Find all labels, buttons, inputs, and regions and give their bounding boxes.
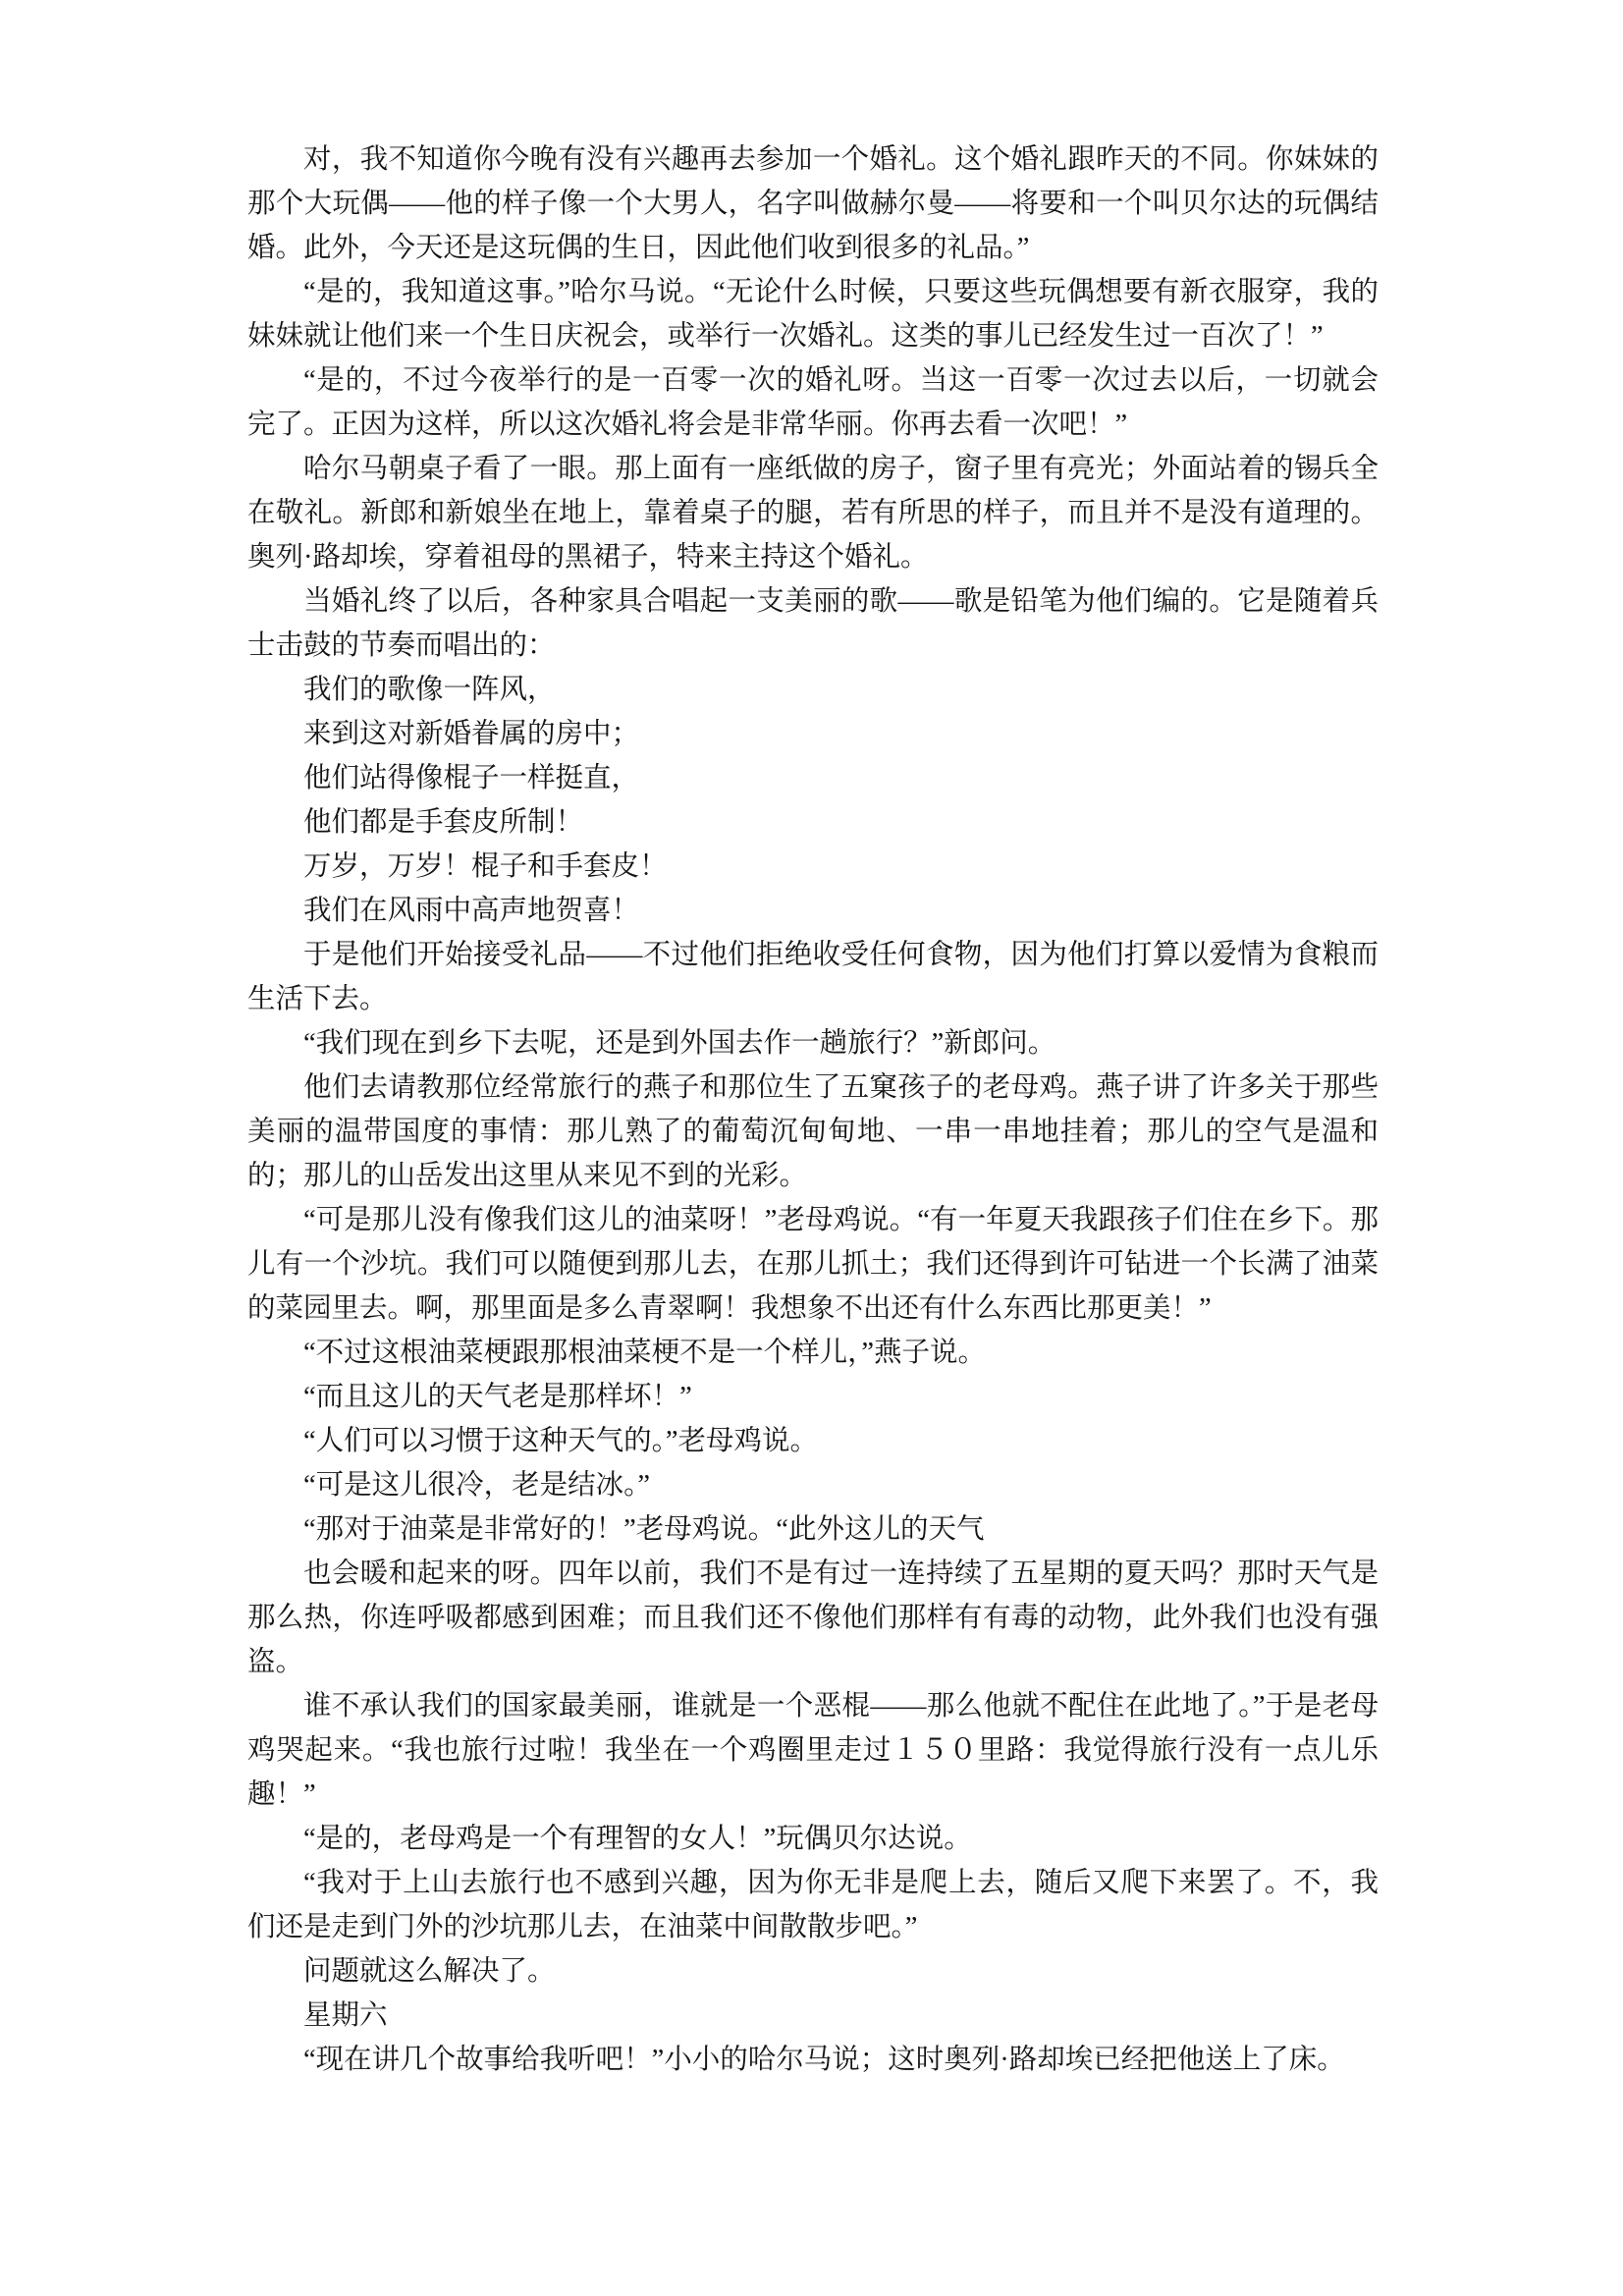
story-paragraph: 哈尔马朝桌子看了一眼。那上面有一座纸做的房子，窗子里有亮光；外面站着的锡兵全在敬… [247,447,1379,579]
story-paragraph: “而且这儿的天气老是那样坏！” [247,1375,1379,1419]
story-paragraph: 当婚礼终了以后，各种家具合唱起一支美丽的歌——歌是铅笔为他们编的。它是随着兵士击… [247,579,1379,668]
page: 对，我不知道你今晚有没有兴趣再去参加一个婚礼。这个婚礼跟昨天的不同。你妹妹的那个… [0,0,1623,2296]
story-paragraph: “是的，不过今夜举行的是一百零一次的婚礼呀。当这一百零一次过去以后，一切就会完了… [247,358,1379,447]
verse-line: 来到这对新婚眷属的房中； [247,712,1379,756]
verse-line: 我们的歌像一阵风， [247,668,1379,712]
story-paragraph: 他们去请教那位经常旅行的燕子和那位生了五窠孩子的老母鸡。燕子讲了许多关于那些美丽… [247,1066,1379,1198]
story-paragraph: “我们现在到乡下去呢，还是到外国去作一趟旅行？”新郎问。 [247,1021,1379,1066]
story-paragraph: 也会暖和起来的呀。四年以前，我们不是有过一连持续了五星期的夏天吗？那时天气是那么… [247,1552,1379,1684]
story-paragraph: 问题就这么解决了。 [247,1949,1379,1994]
weekday-heading: 星期六 [247,1994,1379,2038]
story-paragraph: “是的，老母鸡是一个有理智的女人！”玩偶贝尔达说。 [247,1817,1379,1861]
story-paragraph: 谁不承认我们的国家最美丽，谁就是一个恶棍——那么他就不配住在此地了。”于是老母鸡… [247,1684,1379,1817]
story-paragraph: 于是他们开始接受礼品——不过他们拒绝收受任何食物，因为他们打算以爱情为食粮而生活… [247,933,1379,1021]
verse-line: 万岁，万岁！棍子和手套皮！ [247,845,1379,889]
story-paragraph: “那对于油菜是非常好的！”老母鸡说。“此外这儿的天气 [247,1507,1379,1552]
story-paragraph: “我对于上山去旅行也不感到兴趣，因为你无非是爬上去，随后又爬下来罢了。不，我们还… [247,1861,1379,1949]
story-paragraph: “现在讲几个故事给我听吧！”小小的哈尔马说；这时奥列·路却埃已经把他送上了床。 [247,2038,1379,2082]
story-paragraph: “是的，我知道这事。”哈尔马说。“无论什么时候，只要这些玩偶想要有新衣服穿，我的… [247,270,1379,358]
story-paragraph: “不过这根油菜梗跟那根油菜梗不是一个样儿，”燕子说。 [247,1331,1379,1375]
verse-line: 他们站得像棍子一样挺直， [247,756,1379,800]
story-paragraph: “人们可以习惯于这种天气的。”老母鸡说。 [247,1419,1379,1463]
story-paragraph: “可是这儿很冷，老是结冰。” [247,1463,1379,1507]
story-paragraph: “可是那儿没有像我们这儿的油菜呀！”老母鸡说。“有一年夏天我跟孩子们住在乡下。那… [247,1198,1379,1331]
story-paragraph: 对，我不知道你今晚有没有兴趣再去参加一个婚礼。这个婚礼跟昨天的不同。你妹妹的那个… [247,137,1379,270]
verse-line: 我们在风雨中高声地贺喜！ [247,889,1379,933]
verse-line: 他们都是手套皮所制！ [247,800,1379,845]
text-block: 对，我不知道你今晚有没有兴趣再去参加一个婚礼。这个婚礼跟昨天的不同。你妹妹的那个… [247,137,1379,2082]
